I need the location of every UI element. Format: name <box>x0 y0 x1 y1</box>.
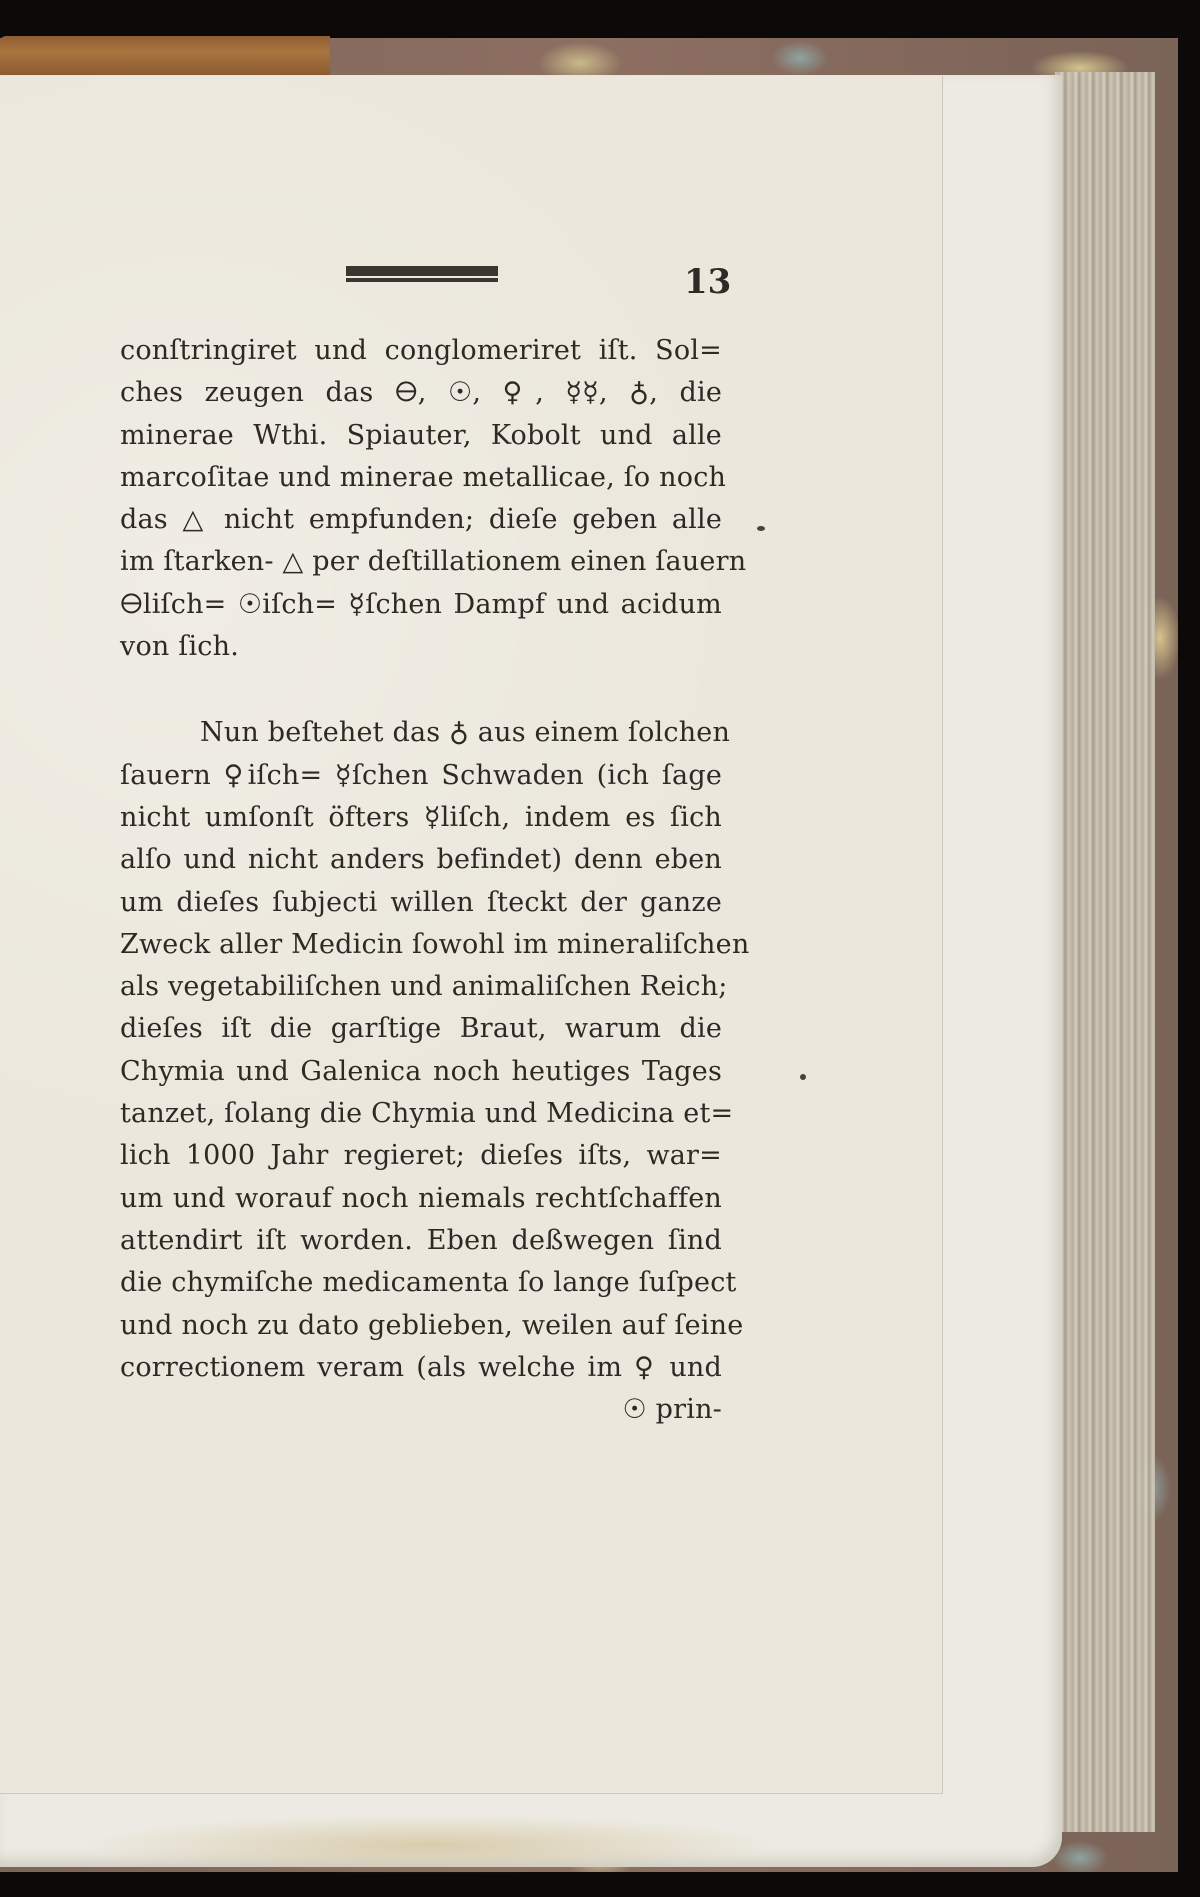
header-rule-thin <box>346 278 498 282</box>
text-line: marcoſitae und minerae metallicae, ſo no… <box>120 457 722 499</box>
text-line: ſauern ♀iſch= ☿ſchen Schwaden (ich ſage <box>120 755 722 797</box>
header-rule-thick <box>346 266 498 276</box>
text-line: attendirt iſt worden. Eben deßwegen ſind <box>120 1220 722 1262</box>
text-line: 🜔liſch= ☉iſch= ☿ſchen Dampf und acidum <box>120 584 722 626</box>
text-line: ches zeugen das 🜔, ☉, ♀, ☿☿, ♁, die <box>120 372 722 414</box>
text-line: um dieſes ſubjecti willen ſteckt der gan… <box>120 882 722 924</box>
text-line: als vegetabiliſchen und animaliſchen Rei… <box>120 966 722 1008</box>
water-stain <box>80 1815 780 1875</box>
deckled-fore-edge <box>1055 72 1155 1832</box>
text-line: correctionem veram (als welche im ♀ und <box>120 1347 722 1389</box>
paragraph-1: conſtringiret und conglomeriret iſt. Sol… <box>120 330 722 668</box>
text-line: Nun beſtehet das ♁ aus einem ſolchen <box>120 712 722 754</box>
ink-speck <box>757 526 765 531</box>
text-line: dieſes iſt die garſtige Braut, warum die <box>120 1008 722 1050</box>
text-line: im ſtarken- △ per deſtillationem einen ſ… <box>120 541 722 583</box>
paragraph-gap <box>120 668 722 712</box>
text-line: um und worauf noch niemals rechtſchaffen <box>120 1178 722 1220</box>
text-line: tanzet, ſolang die Chymia und Medicina e… <box>120 1093 722 1135</box>
text-line: Chymia und Galenica noch heutiges Tages <box>120 1051 722 1093</box>
paragraph-2: Nun beſtehet das ♁ aus einem ſolchen ſau… <box>120 712 722 1389</box>
catchword: ☉ prin- <box>120 1389 722 1431</box>
text-line: minerae Wthi. Spiauter, Kobolt und alle <box>120 415 722 457</box>
text-line: die chymiſche medicamenta ſo lange ſuſpe… <box>120 1262 722 1304</box>
text-line: Zweck aller Medicin ſowohl im mineraliſc… <box>120 924 722 966</box>
text-line: das △ nicht empfunden; dieſe geben alle <box>120 499 722 541</box>
body-text: conſtringiret und conglomeriret iſt. Sol… <box>120 330 722 1431</box>
page-number: 13 <box>684 262 731 302</box>
text-line: conſtringiret und conglomeriret iſt. Sol… <box>120 330 722 372</box>
text-line: nicht umſonſt öfters ☿liſch, indem es ſi… <box>120 797 722 839</box>
text-line: alſo und nicht anders befindet) denn ebe… <box>120 839 722 881</box>
text-line: lich 1000 Jahr regieret; dieſes iſts, wa… <box>120 1135 722 1177</box>
text-line: von ſich. <box>120 626 722 668</box>
leather-spine-top <box>0 36 330 76</box>
header-rule-ornament <box>346 266 498 284</box>
text-line: und noch zu dato geblieben, weilen auf ſ… <box>120 1305 722 1347</box>
ink-speck <box>800 1074 806 1080</box>
